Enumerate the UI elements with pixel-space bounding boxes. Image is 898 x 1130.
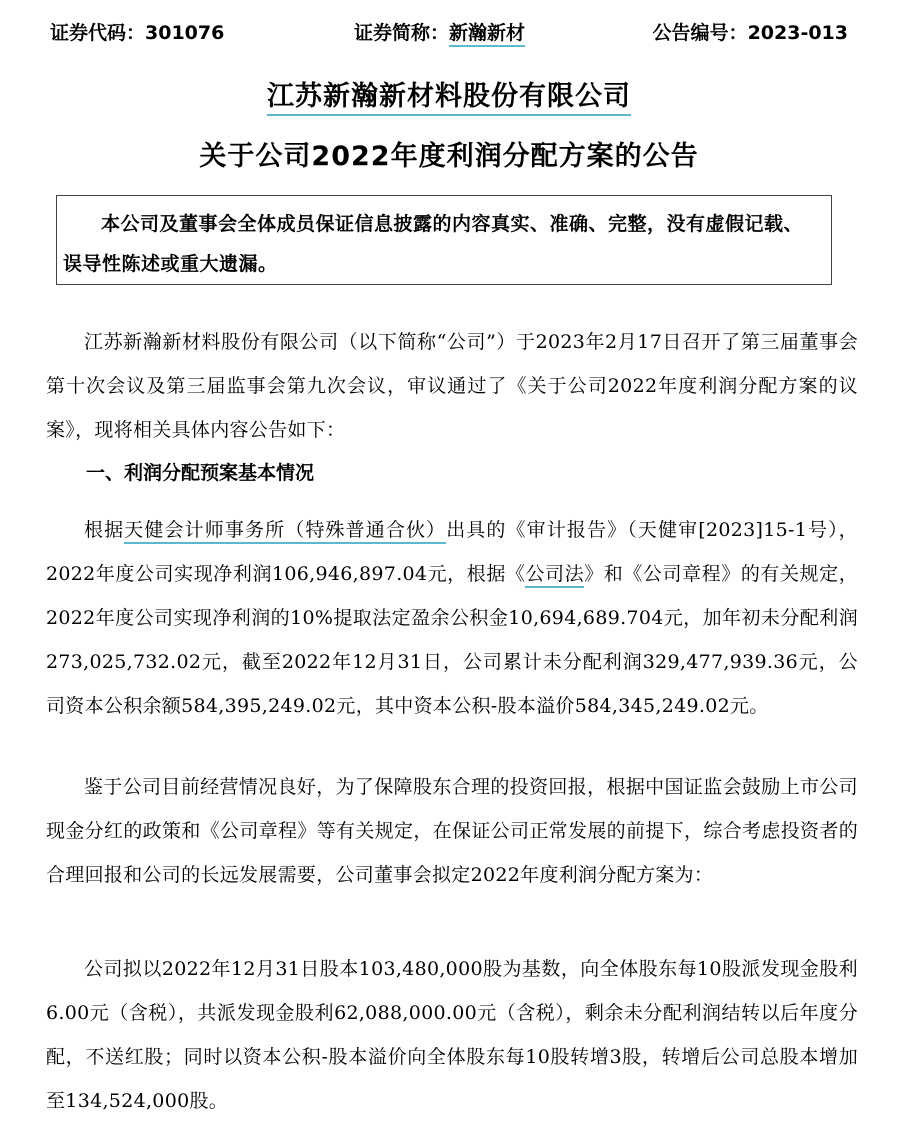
distribution-plan-paragraph: 公司拟以2022年12月31日股本103,480,000股为基数，向全体股东每1… bbox=[46, 947, 858, 1123]
audit-paragraph: 根据天健会计师事务所（特殊普通合伙）出具的《审计报告》（天健审[2023]15-… bbox=[46, 508, 858, 728]
announcement-header: 证券代码：301076 证券简称：新瀚新材 公告编号：2023-013 bbox=[50, 18, 848, 48]
stock-short-name-link[interactable]: 新瀚新材 bbox=[449, 22, 525, 47]
stock-short-name: 证券简称：新瀚新材 bbox=[354, 18, 525, 45]
stock-code-value: 301076 bbox=[145, 22, 224, 44]
announcement-number: 公告编号：2023-013 bbox=[653, 18, 848, 45]
section-heading-1: 一、利润分配预案基本情况 bbox=[86, 458, 314, 485]
company-title: 江苏新瀚新材料股份有限公司 bbox=[0, 74, 898, 113]
stock-code: 证券代码：301076 bbox=[50, 18, 224, 45]
document-title: 关于公司2022年度利润分配方案的公告 bbox=[0, 134, 898, 173]
intro-paragraph: 江苏新瀚新材料股份有限公司（以下简称“公司”）于2023年2月17日召开了第三届… bbox=[46, 320, 858, 452]
stock-short-name-label: 证券简称： bbox=[354, 22, 449, 44]
disclosure-notice-box: 本公司及董事会全体成员保证信息披露的内容真实、准确、完整，没有虚假记载、误导性陈… bbox=[56, 195, 832, 285]
stock-code-label: 证券代码： bbox=[50, 22, 145, 44]
audit-text-a: 根据 bbox=[84, 519, 124, 541]
auditor-link[interactable]: 天健会计师事务所（特殊普通合伙） bbox=[124, 519, 446, 544]
announcement-number-label: 公告编号： bbox=[653, 22, 748, 44]
company-name-link[interactable]: 江苏新瀚新材料股份有限公司 bbox=[267, 81, 631, 116]
announcement-number-value: 2023-013 bbox=[748, 22, 848, 44]
company-law-link[interactable]: 公司法 bbox=[525, 563, 584, 588]
audit-text-c: 》和《公司章程》的有关规定，2022年度公司实现净利润的10%提取法定盈余公积金… bbox=[46, 563, 858, 717]
rationale-paragraph: 鉴于公司目前经营情况良好，为了保障股东合理的投资回报，根据中国证监会鼓励上市公司… bbox=[46, 765, 858, 897]
